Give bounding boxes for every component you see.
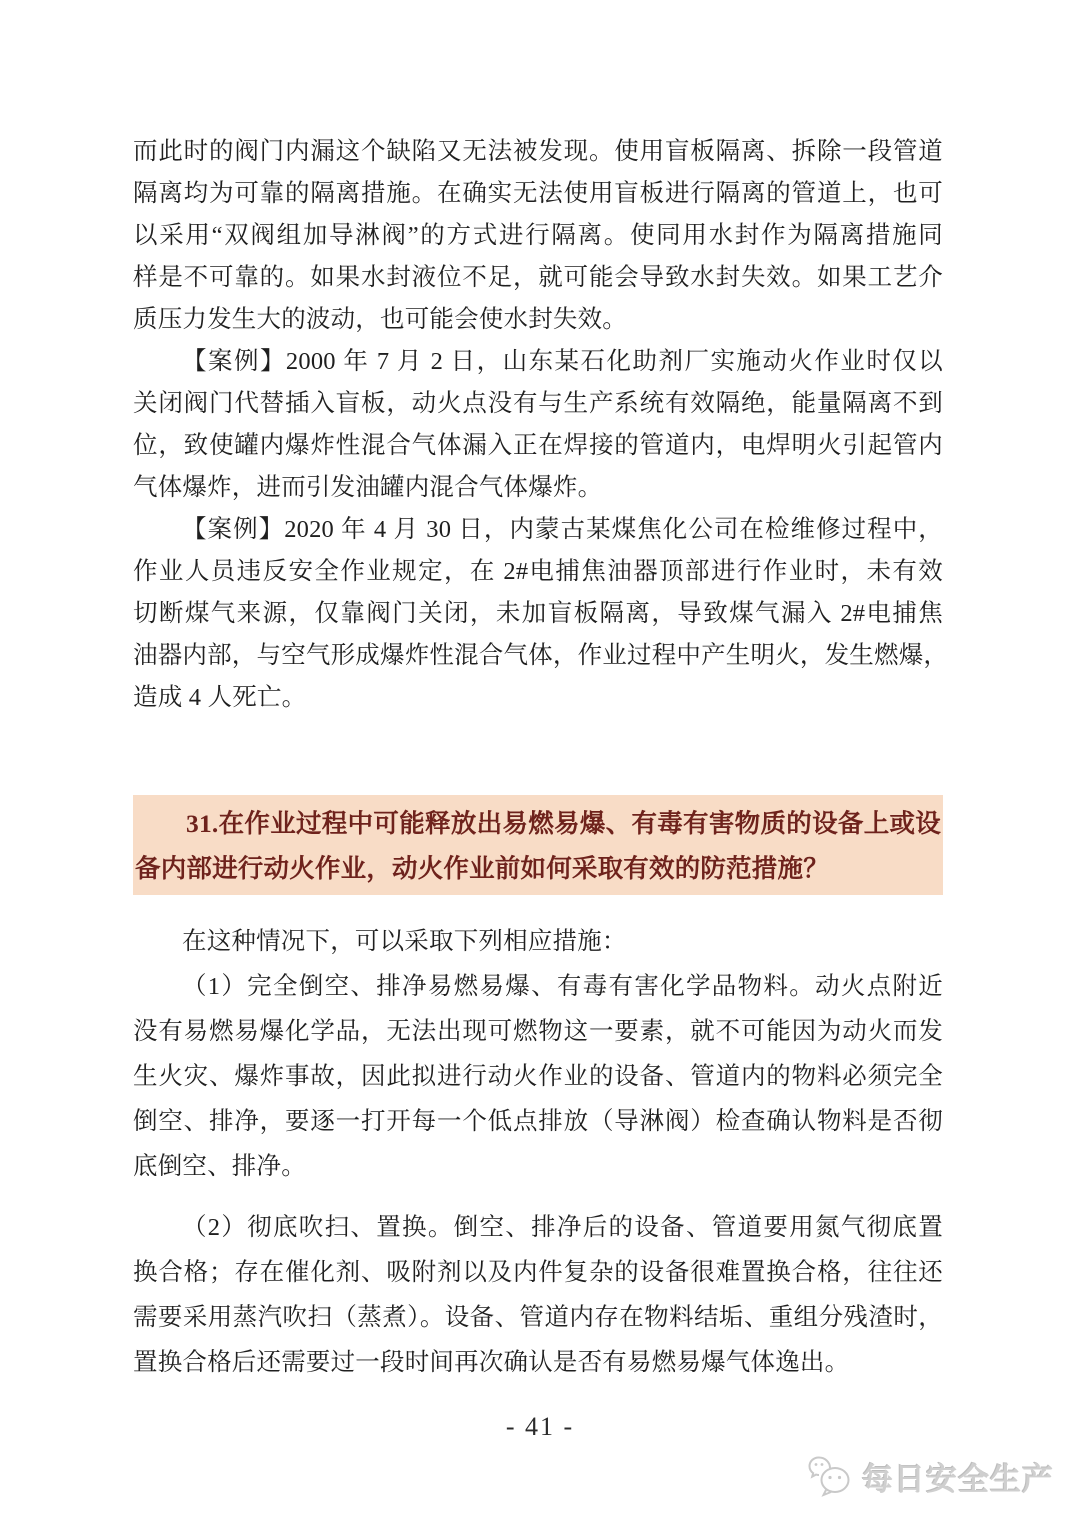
answer-section: 在这种情况下，可以采取下列相应措施： （1）完全倒空、排净易燃易爆、有毒有害化学… (133, 919, 943, 1385)
paragraph-continuation: 而此时的阀门内漏这个缺陷又无法被发现。使用盲板隔离、拆除一段管道 隔离均为可靠的… (133, 131, 943, 341)
text-line: 没有易燃易爆化学品，无法出现可燃物这一要素，就不可能因为动火而发 (133, 1009, 943, 1054)
text-line: 以采用“双阀组加导淋阀”的方式进行隔离。使同用水封作为隔离措施同 (133, 215, 943, 257)
wechat-icon (808, 1454, 856, 1498)
text-line: 【案例】2000 年 7 月 2 日，山东某石化助剂厂实施动火作业时仅以 (133, 341, 943, 383)
text-line: 【案例】2020 年 4 月 30 日，内蒙古某煤焦化公司在检维修过程中， (133, 509, 943, 551)
text-line: 换合格；存在催化剂、吸附剂以及内件复杂的设备很难置换合格，往往还 (133, 1250, 943, 1295)
paragraph-measure-1: （1）完全倒空、排净易燃易爆、有毒有害化学品物料。动火点附近 没有易燃易爆化学品… (133, 964, 943, 1189)
text-line: （2）彻底吹扫、置换。倒空、排净后的设备、管道要用氮气彻底置 (133, 1205, 943, 1250)
document-page: { "doc": { "before": [ {"lines": [ "而此时的… (0, 0, 1080, 1528)
text-line: 底倒空、排净。 (133, 1144, 943, 1189)
content-column: 而此时的阀门内漏这个缺陷又无法被发现。使用盲板隔离、拆除一段管道 隔离均为可靠的… (133, 131, 943, 1385)
text-line: 生火灾、爆炸事故，因此拟进行动火作业的设备、管道内的物料必须完全 (133, 1054, 943, 1099)
paragraph-measure-2: （2）彻底吹扫、置换。倒空、排净后的设备、管道要用氮气彻底置 换合格；存在催化剂… (133, 1205, 943, 1385)
text-line: 造成 4 人死亡。 (133, 677, 943, 719)
heading-line: 备内部进行动火作业，动火作业前如何采取有效的防范措施？ (135, 846, 941, 891)
text-line: 隔离均为可靠的隔离措施。在确实无法使用盲板进行隔离的管道上，也可 (133, 173, 943, 215)
publisher-watermark: 每日安全生产 (808, 1450, 1054, 1502)
paragraph-case-2000: 【案例】2000 年 7 月 2 日，山东某石化助剂厂实施动火作业时仅以 关闭阀… (133, 341, 943, 509)
text-line: 气体爆炸，进而引发油罐内混合气体爆炸。 (133, 467, 943, 509)
text-line: 质压力发生大的波动，也可能会使水封失效。 (133, 299, 943, 341)
text-line: 在这种情况下，可以采取下列相应措施： (133, 919, 943, 964)
question-heading: 31.在作业过程中可能释放出易燃易爆、有毒有害物质的设备上或设 备内部进行动火作… (133, 795, 943, 895)
paragraph-case-2020: 【案例】2020 年 4 月 30 日，内蒙古某煤焦化公司在检维修过程中， 作业… (133, 509, 943, 719)
watermark-text: 每日安全生产 (862, 1454, 1054, 1499)
heading-line: 31.在作业过程中可能释放出易燃易爆、有毒有害物质的设备上或设 (135, 801, 941, 846)
page-number: - 41 - (0, 1412, 1080, 1442)
text-line: 位，致使罐内爆炸性混合气体漏入正在焊接的管道内，电焊明火引起管内 (133, 425, 943, 467)
text-line: 倒空、排净，要逐一打开每一个低点排放（导淋阀）检查确认物料是否彻 (133, 1099, 943, 1144)
text-line: 置换合格后还需要过一段时间再次确认是否有易燃易爆气体逸出。 (133, 1340, 943, 1385)
text-line: 油器内部，与空气形成爆炸性混合气体，作业过程中产生明火，发生燃爆， (133, 635, 943, 677)
text-line: 切断煤气来源，仅靠阀门关闭，未加盲板隔离，导致煤气漏入 2#电捕焦 (133, 593, 943, 635)
text-line: 关闭阀门代替插入盲板，动火点没有与生产系统有效隔绝，能量隔离不到 (133, 383, 943, 425)
text-line: 而此时的阀门内漏这个缺陷又无法被发现。使用盲板隔离、拆除一段管道 (133, 131, 943, 173)
text-line: 作业人员违反安全作业规定，在 2#电捕焦油器顶部进行作业时，未有效 (133, 551, 943, 593)
text-line: 样是不可靠的。如果水封液位不足，就可能会导致水封失效。如果工艺介 (133, 257, 943, 299)
text-line: 需要采用蒸汽吹扫（蒸煮）。设备、管道内存在物料结垢、重组分残渣时， (133, 1295, 943, 1340)
paragraph-intro: 在这种情况下，可以采取下列相应措施： (133, 919, 943, 964)
text-line: （1）完全倒空、排净易燃易爆、有毒有害化学品物料。动火点附近 (133, 964, 943, 1009)
